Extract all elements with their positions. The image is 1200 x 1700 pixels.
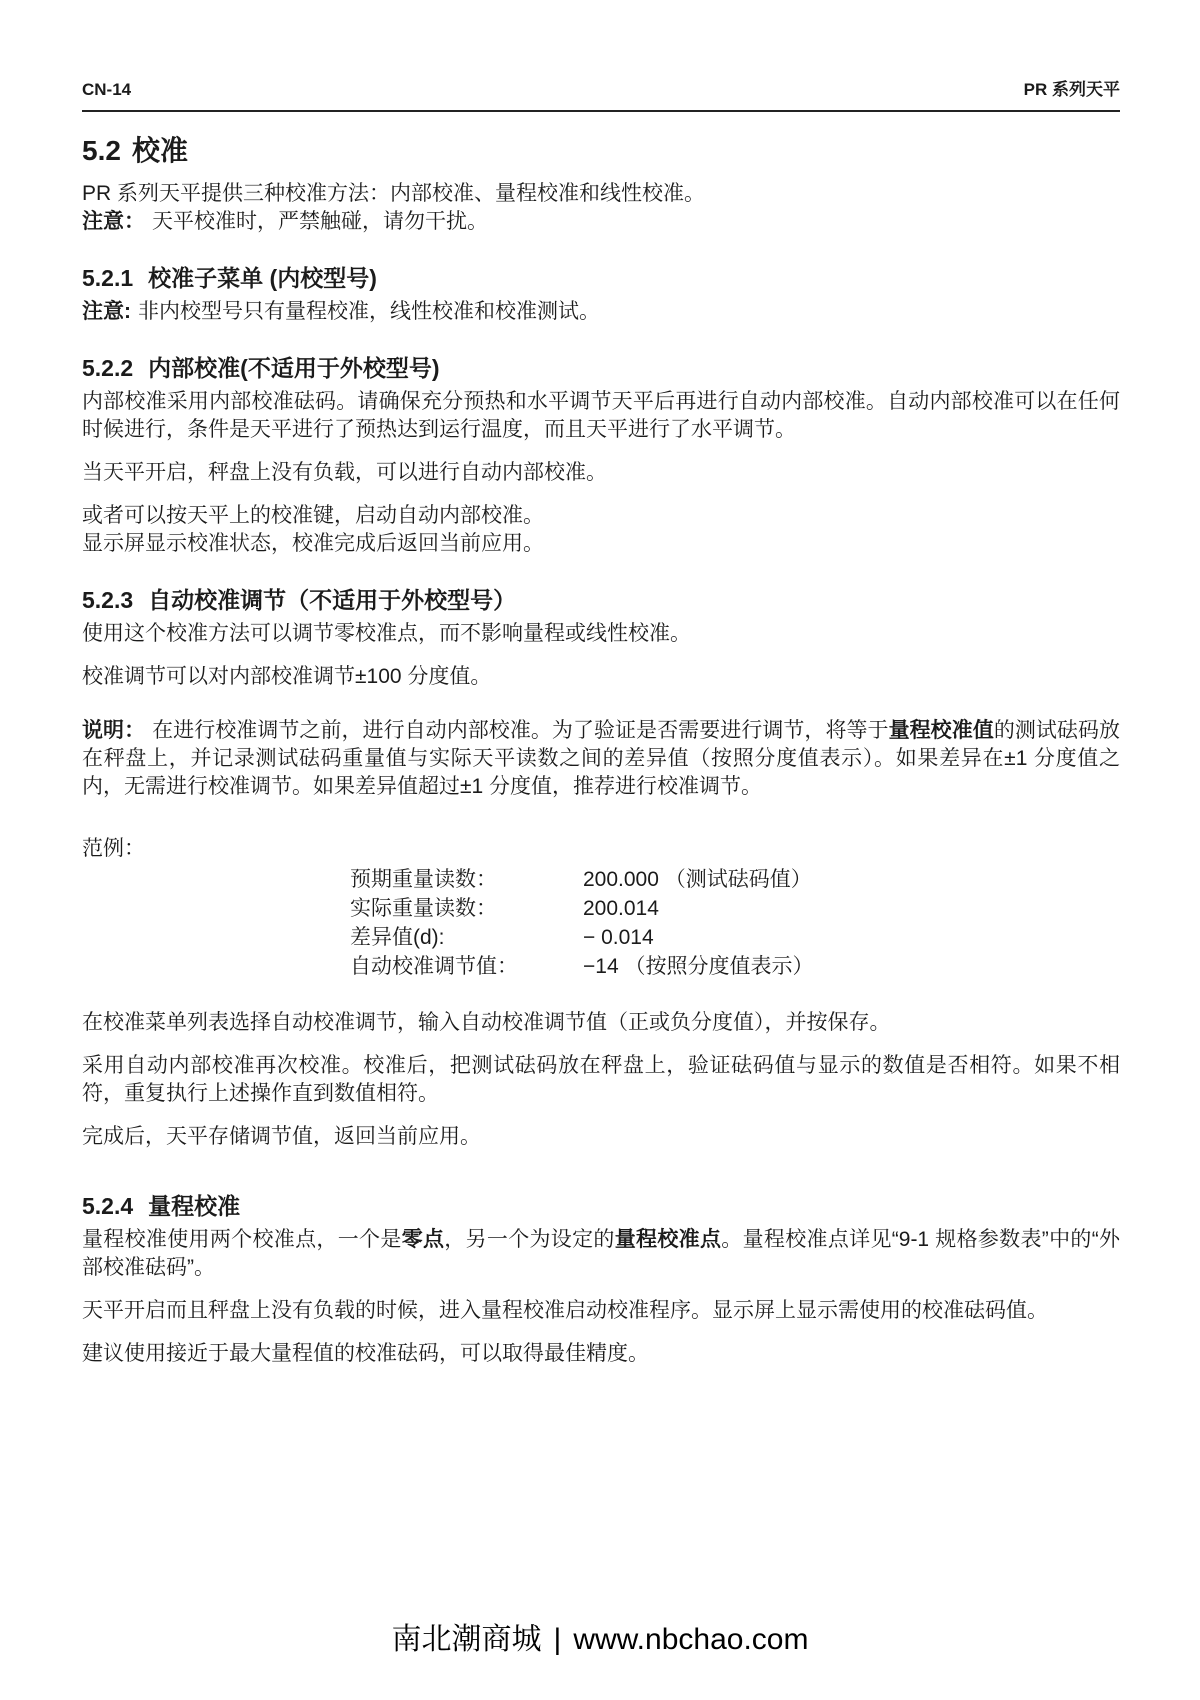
section-5-2-2-para-2: 当天平开启，秤盘上没有负载，可以进行自动内部校准。 bbox=[82, 459, 1120, 487]
para-text: 量程校准使用两个校准点，一个是 bbox=[82, 1228, 402, 1251]
note-label: 说明： bbox=[82, 719, 145, 742]
bold-term-span-cal-point: 量程校准点 bbox=[615, 1228, 722, 1251]
document-page: CN-14 PR 系列天平 5.2校准 PR 系列天平提供三种校准方法：内部校准… bbox=[0, 0, 1200, 1700]
footer-separator: | bbox=[554, 1622, 562, 1658]
section-title: 量程校准 bbox=[148, 1193, 240, 1219]
example-row: 实际重量读数： 200.014 bbox=[350, 894, 1120, 923]
example-table: 预期重量读数： 200.000 （测试砝码值） 实际重量读数： 200.014 … bbox=[82, 865, 1120, 981]
section-number: 5.2.2 bbox=[82, 355, 133, 381]
example-row-value: 200.000 （测试砝码值） bbox=[583, 865, 1120, 894]
bold-term-zero-point: 零点 bbox=[402, 1228, 445, 1251]
section-5-2-1-note: 注意:非内校型号只有量程校准，线性校准和校准测试。 bbox=[82, 298, 1120, 326]
note-text-before: 在进行校准调节之前，进行自动内部校准。为了验证是否需要进行调节，将等于 bbox=[152, 719, 888, 742]
section-5-2-3-para-2: 校准调节可以对内部校准调节±100 分度值。 bbox=[82, 663, 1120, 691]
example-row-value: −14 （按照分度值表示） bbox=[583, 952, 1120, 981]
example-row-label: 实际重量读数： bbox=[350, 894, 583, 923]
section-title: 内部校准(不适用于外校型号) bbox=[148, 355, 439, 381]
note-text: 非内校型号只有量程校准，线性校准和校准测试。 bbox=[138, 300, 600, 323]
section-5-2-2-heading: 5.2.2内部校准(不适用于外校型号) bbox=[82, 353, 1120, 383]
section-number: 5.2 bbox=[82, 135, 121, 166]
footer-site-url: www.nbchao.com bbox=[573, 1622, 808, 1658]
section-5-2-1-heading: 5.2.1校准子菜单 (内校型号) bbox=[82, 263, 1120, 293]
example-row-value: 200.014 bbox=[583, 894, 1120, 923]
example-label: 范例： bbox=[82, 835, 1120, 863]
section-5-2-2-para-1: 内部校准采用内部校准砝码。请确保充分预热和水平调节天平后再进行自动内部校准。自动… bbox=[82, 388, 1120, 444]
section-5-2-3-para-5: 完成后，天平存储调节值，返回当前应用。 bbox=[82, 1123, 1120, 1151]
note-text: 天平校准时，严禁触碰，请勿干扰。 bbox=[152, 210, 488, 233]
section-number: 5.2.4 bbox=[82, 1193, 133, 1219]
section-title: 校准子菜单 (内校型号) bbox=[148, 265, 377, 291]
note-bold-term: 量程校准值 bbox=[889, 719, 994, 742]
example-row: 自动校准调节值： −14 （按照分度值表示） bbox=[350, 952, 1120, 981]
section-5-2-4-para-3: 建议使用接近于最大量程值的校准砝码，可以取得最佳精度。 bbox=[82, 1340, 1120, 1368]
section-title: 校准 bbox=[132, 135, 188, 166]
section-5-2-2-para-3: 或者可以按天平上的校准键，启动自动内部校准。 显示屏显示校准状态，校准完成后返回… bbox=[82, 502, 1120, 558]
footer-site-name: 南北潮商城 bbox=[392, 1622, 542, 1658]
section-5-2-intro: PR 系列天平提供三种校准方法：内部校准、量程校准和线性校准。 bbox=[82, 180, 1120, 208]
page-footer: 南北潮商城 | www.nbchao.com bbox=[0, 1622, 1200, 1658]
section-5-2-heading: 5.2校准 bbox=[82, 134, 1120, 168]
page-header: CN-14 PR 系列天平 bbox=[82, 80, 1120, 112]
example-row-label: 自动校准调节值： bbox=[350, 952, 583, 981]
section-title: 自动校准调节（不适用于外校型号） bbox=[148, 587, 516, 613]
para-text: ，另一个为设定的 bbox=[444, 1228, 614, 1251]
example-row: 预期重量读数： 200.000 （测试砝码值） bbox=[350, 865, 1120, 894]
section-5-2-note: 注意：天平校准时，严禁触碰，请勿干扰。 bbox=[82, 208, 1120, 236]
section-5-2-3-heading: 5.2.3自动校准调节（不适用于外校型号） bbox=[82, 585, 1120, 615]
section-5-2-4-heading: 5.2.4量程校准 bbox=[82, 1191, 1120, 1221]
section-5-2-3-note: 说明：在进行校准调节之前，进行自动内部校准。为了验证是否需要进行调节，将等于量程… bbox=[82, 717, 1120, 801]
section-5-2-4-para-2: 天平开启而且秤盘上没有负载的时候，进入量程校准启动校准程序。显示屏上显示需使用的… bbox=[82, 1297, 1120, 1325]
example-row-label: 预期重量读数： bbox=[350, 865, 583, 894]
section-5-2-3-para-4: 采用自动内部校准再次校准。校准后，把测试砝码放在秤盘上，验证砝码值与显示的数值是… bbox=[82, 1052, 1120, 1108]
example-row-value: − 0.014 bbox=[583, 923, 1120, 952]
example-row: 差异值(d): − 0.014 bbox=[350, 923, 1120, 952]
section-5-2-3-para-1: 使用这个校准方法可以调节零校准点，而不影响量程或线性校准。 bbox=[82, 620, 1120, 648]
page-number: CN-14 bbox=[82, 80, 131, 100]
note-label: 注意： bbox=[82, 210, 145, 233]
section-number: 5.2.1 bbox=[82, 265, 133, 291]
section-number: 5.2.3 bbox=[82, 587, 133, 613]
para-line-2: 显示屏显示校准状态，校准完成后返回当前应用。 bbox=[82, 532, 544, 555]
section-5-2-4-para-1: 量程校准使用两个校准点，一个是零点，另一个为设定的量程校准点。量程校准点详见“9… bbox=[82, 1226, 1120, 1282]
para-line-1: 或者可以按天平上的校准键，启动自动内部校准。 bbox=[82, 504, 544, 527]
example-row-label: 差异值(d): bbox=[350, 923, 583, 952]
section-5-2-3-para-3: 在校准菜单列表选择自动校准调节，输入自动校准调节值（正或负分度值），并按保存。 bbox=[82, 1009, 1120, 1037]
note-label: 注意: bbox=[82, 300, 131, 323]
header-product-name: PR 系列天平 bbox=[1024, 80, 1120, 100]
